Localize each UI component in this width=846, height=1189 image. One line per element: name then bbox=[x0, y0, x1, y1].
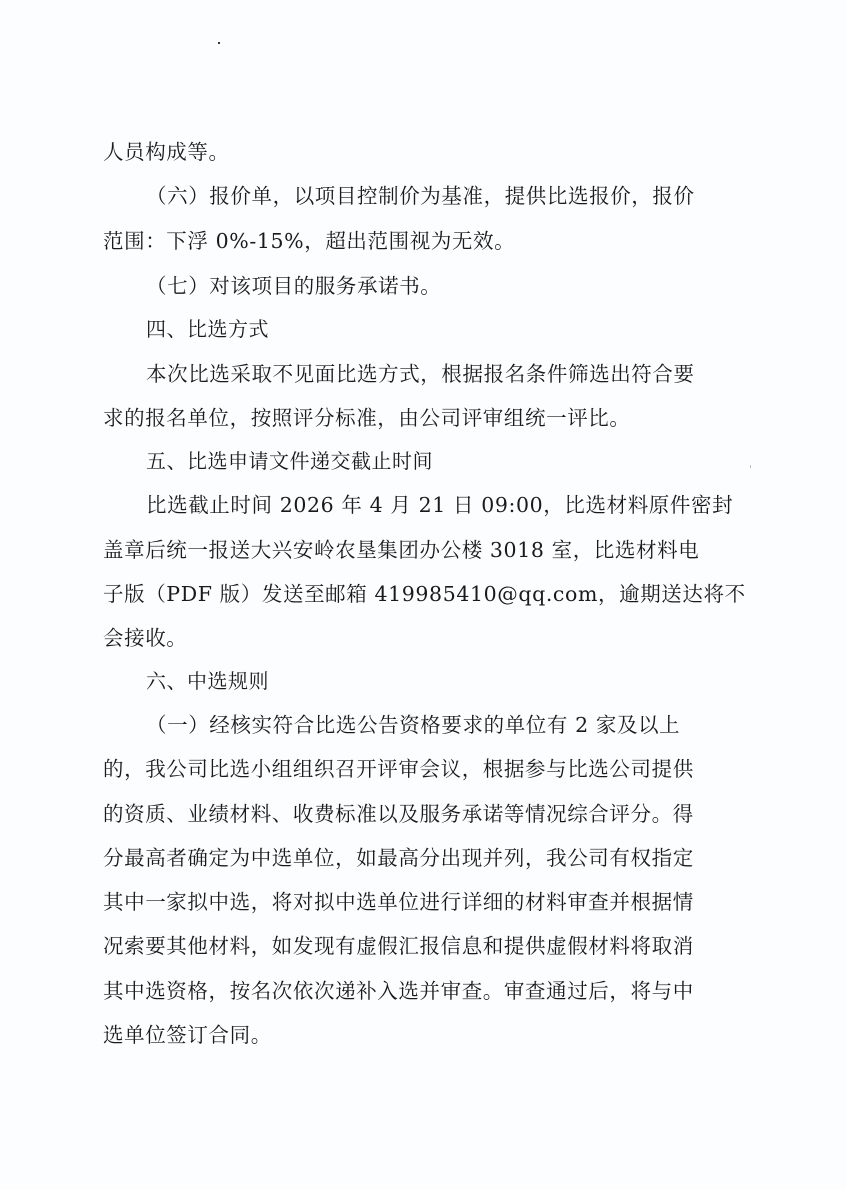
text-line: 求的报名单位，按照评分标准，由公司评审组统一评比。 bbox=[103, 404, 743, 432]
text-line: 人员构成等。 bbox=[103, 138, 743, 166]
text-line: 盖章后统一报送大兴安岭农垦集团办公楼 3018 室，比选材料电 bbox=[103, 536, 743, 564]
text-line: 会接收。 bbox=[103, 624, 743, 652]
text-line: 本次比选采取不见面比选方式，根据报名条件筛选出符合要 bbox=[146, 360, 786, 388]
section-heading-6: 六、中选规则 bbox=[146, 667, 786, 695]
text-line: 的，我公司比选小组组织召开评审会议，根据参与比选公司提供 bbox=[103, 755, 743, 783]
deadline-text: 比选截止时间 2026 年 4 月 21 日 09:00，比选材料原件密封 bbox=[146, 491, 786, 519]
text-line: 况索要其他材料，如发现有虚假汇报信息和提供虚假材料将取消 bbox=[103, 932, 743, 960]
email-text-line: 子版（PDF 版）发送至邮箱 419985410@qq.com，逾期送达将不 bbox=[103, 580, 743, 608]
text-line: 分最高者确定为中选单位，如最高分出现并列，我公司有权指定 bbox=[103, 844, 743, 872]
text-line: 范围：下浮 0%-15%，超出范围视为无效。 bbox=[103, 227, 743, 255]
document-page: 人员构成等。 （六）报价单，以项目控制价为基准，提供比选报价，报价 范围：下浮 … bbox=[0, 0, 846, 1189]
section-heading-4: 四、比选方式 bbox=[146, 315, 786, 343]
text-line: 其中选资格，按名次依次递补入选并审查。审查通过后，将与中 bbox=[103, 977, 743, 1005]
text-line: 的资质、业绩材料、收费标准以及服务承诺等情况综合评分。得 bbox=[103, 800, 743, 828]
item-six-quote: （六）报价单，以项目控制价为基准，提供比选报价，报价 bbox=[146, 182, 786, 210]
scan-speck bbox=[218, 42, 220, 44]
item-seven-commitment: （七）对该项目的服务承诺书。 bbox=[146, 272, 786, 300]
text-line: 其中一家拟中选，将对拟中选单位进行详细的材料审查并根据情 bbox=[103, 888, 743, 916]
rule-item-one: （一）经核实符合比选公告资格要求的单位有 2 家及以上 bbox=[146, 711, 786, 739]
text-line: 选单位签订合同。 bbox=[103, 1021, 743, 1049]
section-heading-5: 五、比选申请文件递交截止时间 bbox=[146, 447, 786, 475]
